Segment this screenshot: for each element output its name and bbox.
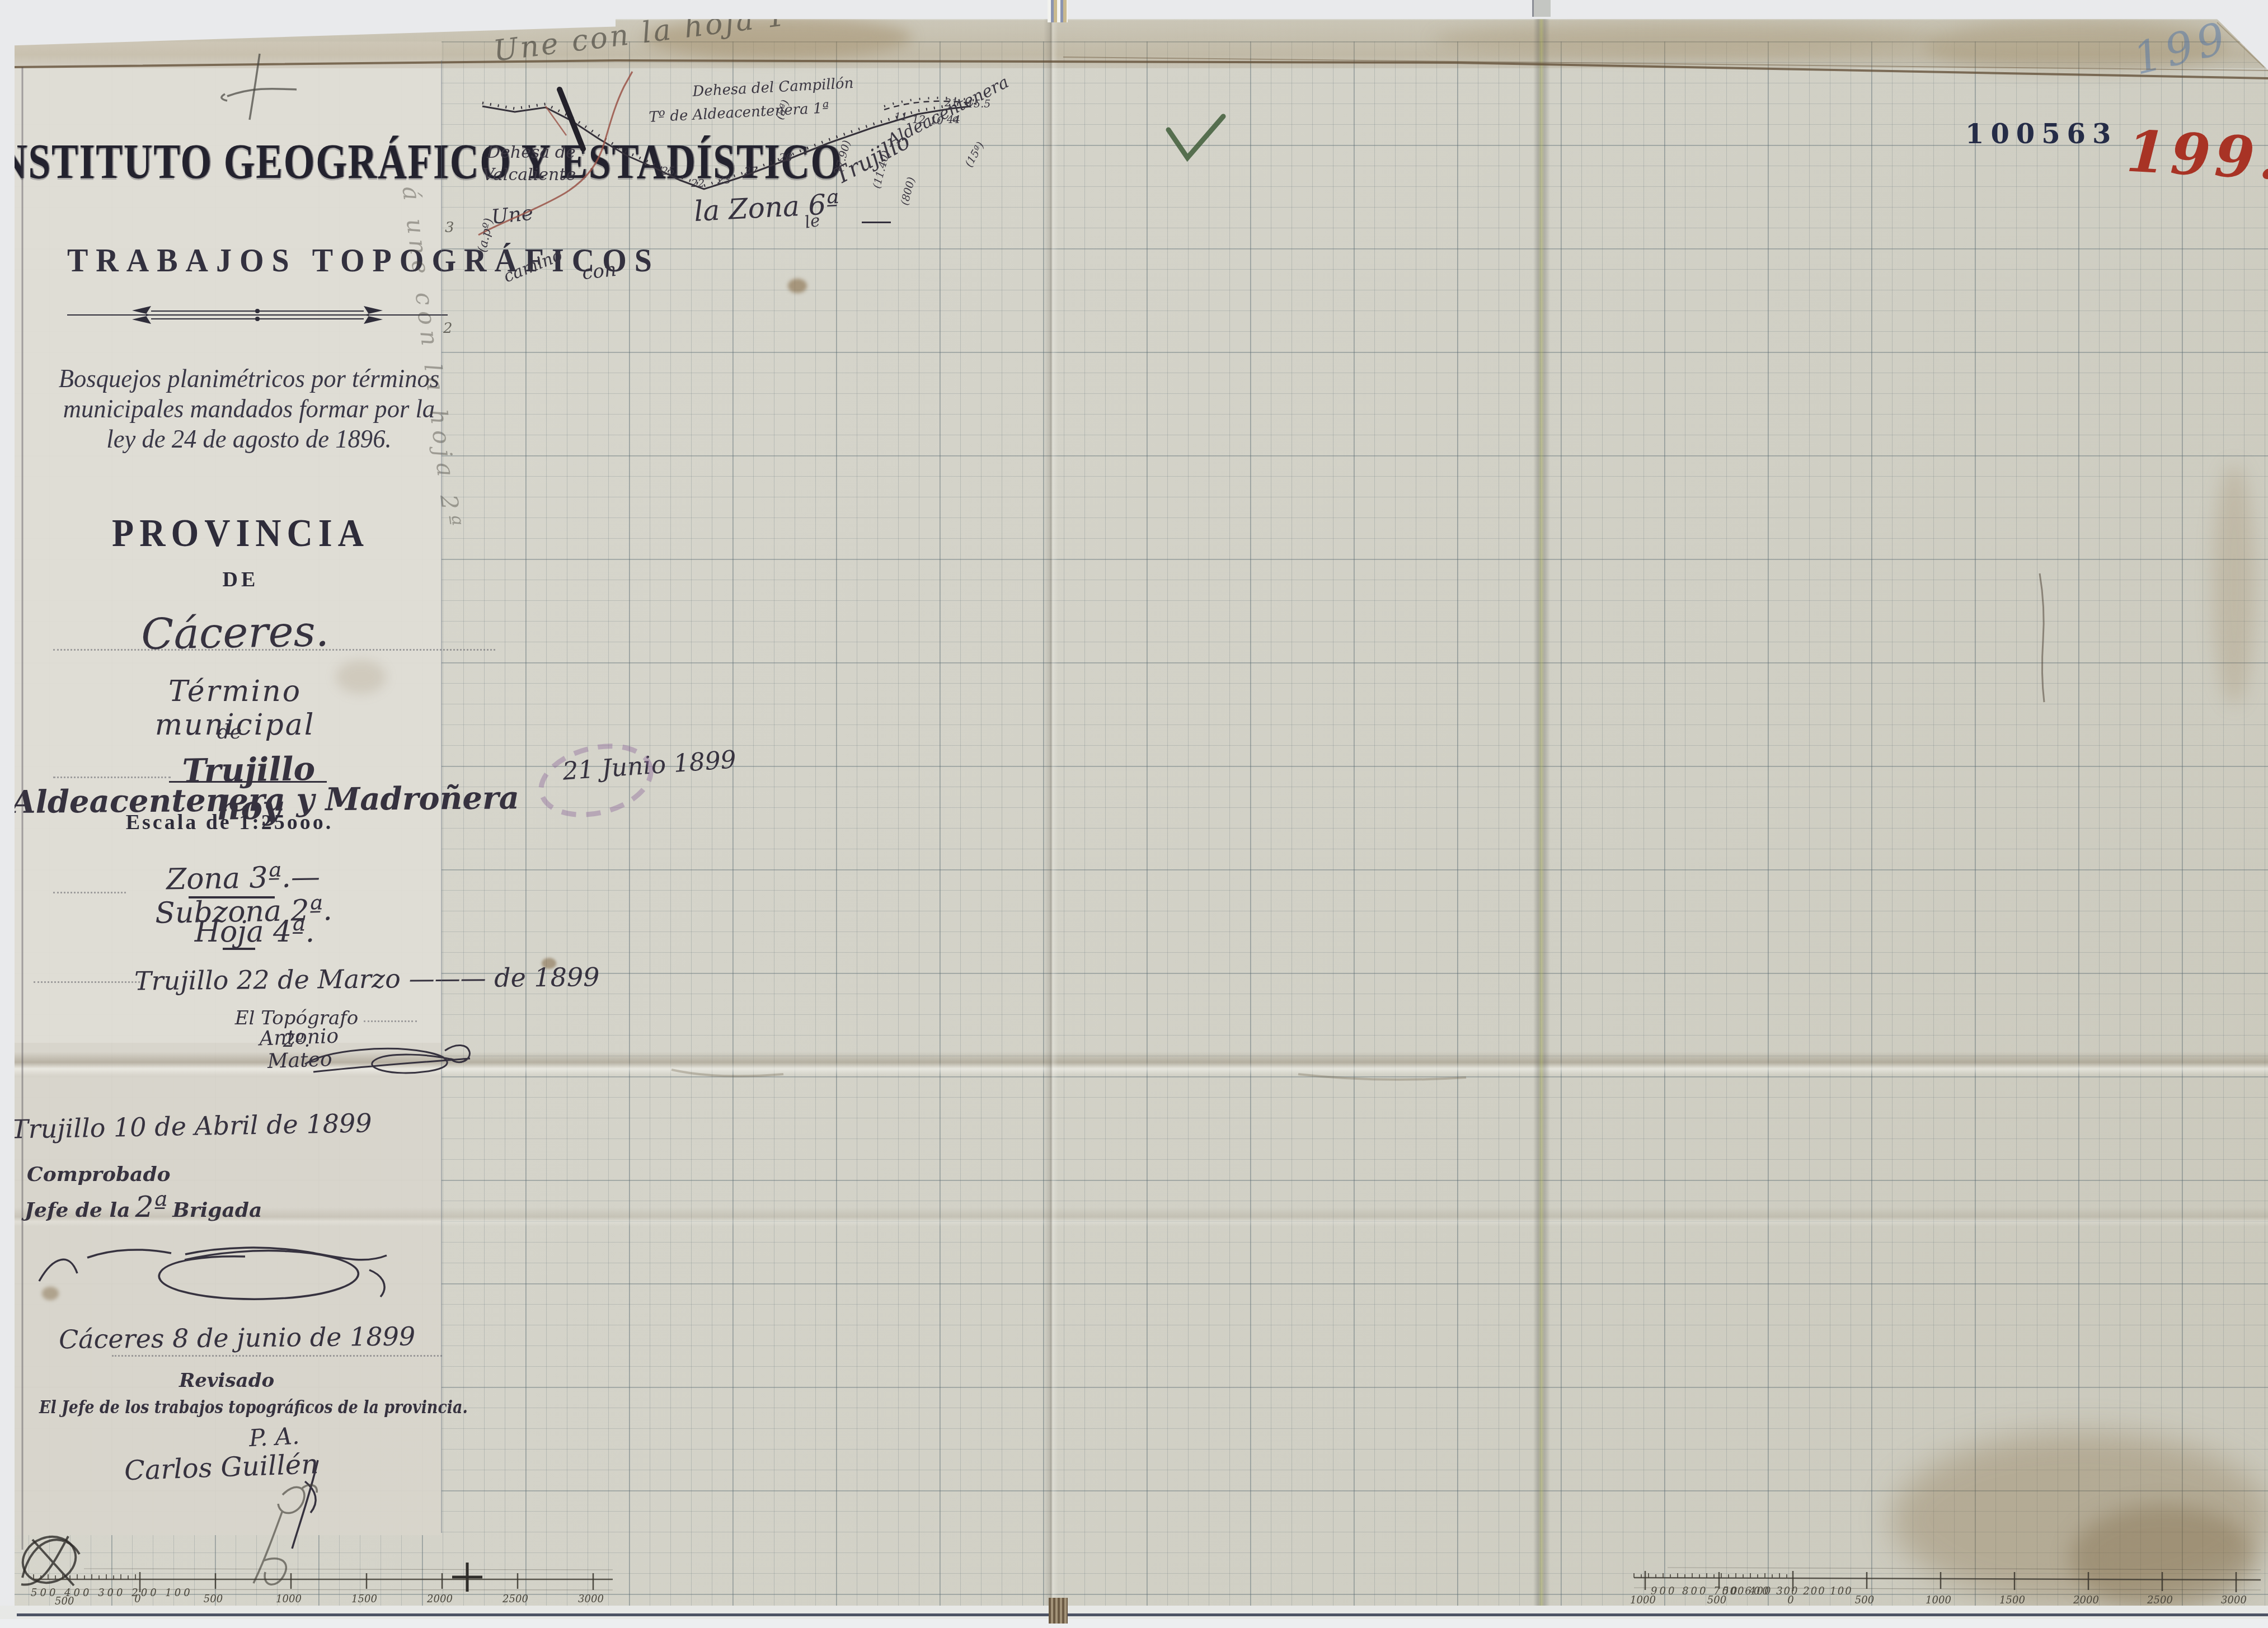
backing-bottom-white [0,1619,2268,1628]
label-le: le [803,211,821,233]
boundary-num-25: 25 [661,165,675,177]
ink-overlay: Dehesa del Campillón Tº de Aldeacentener… [0,0,2268,1628]
right-scale-0: 0 [1787,1594,1793,1606]
pencil-doodle [16,1530,82,1590]
left-scale-1000: 1000 [276,1593,302,1605]
binding-tab-top-1 [1048,0,1068,22]
sheet-top-border-line [15,60,2268,78]
label-termino-aldeacentenera: Tº de Aldeacentenera 1ª [649,100,830,126]
surveyor-rubric [305,1045,470,1072]
scale-bar-left: 500 400 300 200 100 500 0 500 1000 1500 … [31,1569,613,1607]
label-camino: camino [501,246,565,287]
binding-tab-bottom-1 [1049,1598,1068,1624]
arc-num-155: 15.5 [967,98,990,110]
arc-num-10: 10 [930,115,943,127]
label-valcaliente: Valcaliente [482,165,576,185]
left-scale-3000: 3000 [578,1593,604,1605]
right-scale-1000R: 1000 [1926,1594,1951,1606]
sheet-top-border-line-2 [1063,57,2268,70]
green-checkmark-icon [1168,116,1223,158]
scale-bar-right: 900 800 700 600 500 400 300 200 100 1000… [1630,1568,2261,1606]
backing-board-edge-line [17,1613,2268,1616]
arc-num-44: 44 [946,114,960,126]
paper-tear-mark [2040,573,2044,702]
right-scale-500L: 500 [1707,1594,1726,1606]
left-scale-subdivision-ticks [34,1574,135,1579]
boundary-num-27: 27 [744,165,758,177]
right-scale-1500: 1500 [1999,1594,2025,1606]
brigade-chief-signature [39,1248,387,1299]
boundary-num-22: 22 [691,177,705,190]
left-scale-0: 0 [134,1593,140,1605]
binding-tab-top-2 [1532,0,1551,17]
scanned-document: INSTITUTO GEOGRÁFICO Y ESTADÍSTICO TRABA… [0,0,2268,1628]
right-scale-subdivision-ticks [1634,1573,1787,1578]
oval-ink-stamp [534,736,658,826]
right-scale-2500: 2500 [2147,1594,2173,1606]
boundary-num-28: 28 [778,152,792,164]
arc-num-12: 12 [912,114,926,126]
right-scale-2000: 2000 [2073,1594,2099,1606]
left-scale-1500: 1500 [351,1593,377,1605]
backing-left-strip [0,0,15,1628]
left-scale-2500: 2500 [502,1593,528,1605]
label-dehesa-de: Dehesa de [486,143,576,162]
camino-spur [546,106,566,135]
right-scale-500R: 500 [1855,1594,1874,1606]
arc-num-11: 11 [894,111,908,123]
right-scale-3000: 3000 [2221,1594,2247,1606]
left-scale-2000: 2000 [426,1593,453,1605]
clipped-corner-triangle [2215,17,2268,70]
label-dehesa-campillon: Dehesa del Campillón [692,75,854,100]
heavy-boundary-stroke [560,90,583,149]
paren-15a: (15ª) [962,140,987,170]
reviewer-rubric [292,1460,318,1549]
backing-top-strip [0,0,2268,19]
left-scale-major-ticks [140,1572,593,1592]
adjacent-sheet-sketch: Dehesa del Campillón Tº de Aldeacentener… [475,72,1012,286]
crease-wrinkles [672,1070,1466,1080]
label-apo: (a.pº) [475,217,496,254]
left-scale-500: 500 [204,1593,223,1605]
right-scale-1000L: 1000 [1630,1594,1656,1606]
registration-cross [452,1563,482,1592]
boundary-num-23: 23 [717,174,731,186]
paren-800: (800) [899,176,918,206]
